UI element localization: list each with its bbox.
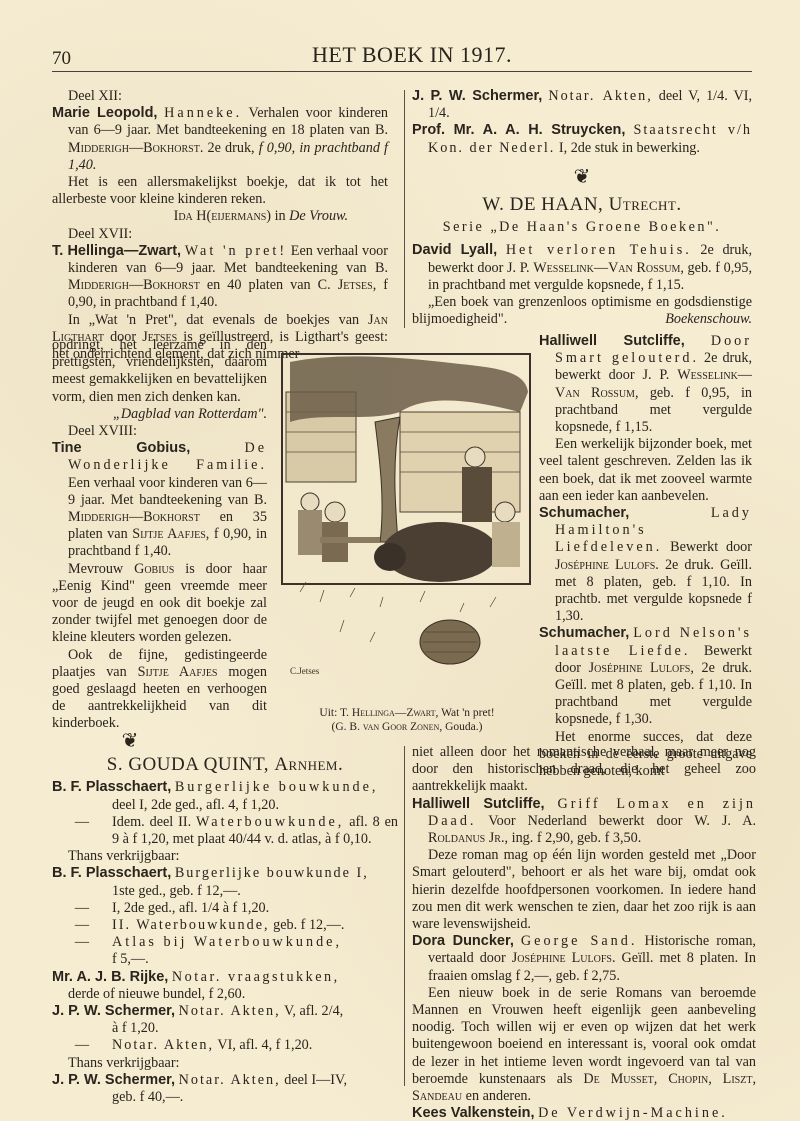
book-title: Notar. vraagstukken,: [172, 969, 340, 985]
review-source: Ida H(eijermans) in De Vrouw.: [52, 208, 388, 225]
review-text: Mevrouw Gobius is door haar „Eenig Kind"…: [52, 561, 267, 647]
deel-heading: Deel XVIII:: [52, 423, 267, 440]
book-entry-leopold: Marie Leopold, Hanneke. Verhalen voor ki…: [52, 105, 388, 174]
right-column-bottom: niet alleen door het romantische verhaal…: [412, 744, 756, 1121]
book-entry-rijke: Mr. A. J. B. Rijke, Notar. vraagstukken,…: [52, 969, 398, 1003]
book-title: Burgerlijke bouwkunde I,: [175, 865, 369, 881]
translator-name: Joséphine Lulofs: [589, 660, 691, 676]
publisher-name: W. DE HAAN,: [482, 194, 608, 215]
entry-text: geb. f 40,—.: [52, 1089, 398, 1106]
book-title: Wat 'n pret!: [185, 243, 287, 259]
grape-ornament-icon: ❦: [0, 733, 398, 750]
entry-text: à f 1,20.: [52, 1020, 398, 1037]
author-name: Schumacher,: [539, 505, 629, 521]
book-entry-schumacher-2: Schumacher, Lord Nelson's laatste Liefde…: [539, 625, 752, 728]
author-name: B. F. Plasschaert,: [52, 865, 171, 881]
translator-name: Roldanus Jr.: [428, 830, 505, 846]
review-text: „Een boek van grenzenloos optimisme en g…: [412, 294, 752, 328]
book-entry-struycken: Prof. Mr. A. A. H. Struycken, Staatsrech…: [412, 122, 752, 156]
author-name: J. P. W. Schermer,: [52, 1003, 175, 1019]
book-entry-subitem: — I, 2de ged., afl. 1/4 à f 1,20.: [52, 900, 398, 917]
caption-author: Hellinga—Zwart: [352, 707, 436, 719]
dash: —: [52, 900, 112, 917]
book-title: Waterbouwkunde,: [196, 814, 344, 830]
caption-publisher: van Goor Zonen: [363, 721, 440, 733]
publisher-heading: W. DE HAAN, Utrecht.: [412, 196, 752, 213]
entry-text: en 40 platen van C.: [200, 277, 338, 293]
entry-text: Een verhaal voor kinderen van 6—9 jaar. …: [68, 475, 267, 508]
column-divider-bottom: [404, 746, 405, 1086]
entry-text: derde of nieuwe bundel, f 2,60.: [68, 986, 245, 1002]
deel-heading: Deel XVII:: [52, 226, 388, 243]
dash: —: [52, 934, 112, 968]
entry-fragment: f 5,—.: [112, 951, 149, 967]
illustrator-name: Midderigh—Bokhorst: [68, 509, 200, 525]
grape-ornament-icon: ❦: [412, 169, 752, 186]
entry-text: I, 2de stuk in bewerking.: [555, 140, 700, 156]
reviewer-name: Ida H(eijermans): [174, 208, 271, 224]
book-title: Atlas bij Waterbouwkunde,: [112, 934, 342, 950]
author-name: Schumacher,: [539, 625, 629, 641]
illustrator-name: Midderigh—Bokhorst: [68, 277, 200, 293]
entry-fragment: Idem. deel II.: [112, 814, 196, 830]
series-title: Serie „De Haan's Groene Boeken".: [412, 219, 752, 236]
book-entry-schermer-3: J. P. W. Schermer, Notar. Akten, deel V,…: [412, 88, 752, 122]
entry-text: 1ste ged., geb. f 12,—.: [52, 883, 398, 900]
caption-line-2: (G. B. van Goor Zonen, Gouda.): [272, 720, 542, 734]
author-name: Mr. A. J. B. Rijke,: [52, 969, 168, 985]
entry-fragment: VI, afl. 4, f 1,20.: [214, 1037, 312, 1053]
book-title: Notar. Akten,: [179, 1003, 281, 1019]
book-entry-gobius: Tine Gobius, De Wonderlijke Familie. Een…: [52, 440, 267, 560]
review-fragment: en anderen.: [462, 1088, 531, 1104]
illustrator-name: Midderigh—Bokhorst: [68, 140, 200, 156]
review-source-connector: in: [271, 208, 289, 224]
book-title: Notar. Akten,: [179, 1072, 281, 1088]
publisher-city: Utrecht.: [609, 194, 682, 215]
author-name: J. P. W. Schermer,: [52, 1072, 175, 1088]
right-column-middle: Halliwell Sutcliffe, Door Smart gelouter…: [539, 350, 752, 780]
page-header: 70 HET BOEK IN 1917.: [52, 42, 752, 72]
author-name: Halliwell Sutcliffe,: [539, 333, 685, 349]
book-entry-subitem: — Notar. Akten, VI, afl. 4, f 1,20.: [52, 1037, 398, 1054]
publisher-city: Arnhem.: [274, 754, 343, 775]
book-entry-schermer-2: J. P. W. Schermer, Notar. Akten, deel I—…: [52, 1072, 398, 1089]
book-title: Notar. Akten,: [112, 1037, 214, 1053]
book-entry-sutcliffe-2: Halliwell Sutcliffe, Griff Lomax en zijn…: [412, 796, 756, 848]
translator-name: Joséphine Lulofs: [555, 557, 655, 573]
translator-name: Wesselink—Van Rossum: [533, 260, 680, 276]
entry-fragment: V, afl. 2/4,: [281, 1003, 344, 1019]
entry-text: Voor Nederland bewerkt door W. J. A.: [476, 813, 756, 829]
book-entry-plasschaert-1: B. F. Plasschaert, Burgerlijke bouwkunde…: [52, 779, 398, 796]
book-entry-lyall: David Lyall, Het verloren Tehuis. 2e dru…: [412, 242, 752, 294]
book-entry-plasschaert-2: B. F. Plasschaert, Burgerlijke bouwkunde…: [52, 865, 398, 882]
book-entry-duncker: Dora Duncker, George Sand. Historische r…: [412, 933, 756, 985]
book-entry-subitem: — Idem. deel II. Waterbouwkunde, afl. 8 …: [52, 814, 398, 848]
author-name: Marie Leopold,: [52, 105, 157, 121]
author-name: Dora Duncker,: [412, 933, 514, 949]
review-text: niet alleen door het romantische verhaal…: [412, 744, 756, 796]
author-name: Halliwell Sutcliffe,: [412, 796, 545, 812]
entry-text: Bewerkt door: [662, 539, 752, 555]
dash: —: [52, 1037, 112, 1054]
caption-line-1: Uit: T. Hellinga—Zwart, Wat 'n pret!: [272, 706, 542, 720]
caption-fragment: (G. B.: [332, 721, 363, 733]
book-title: De Verdwijn-Machine.: [538, 1105, 728, 1121]
review-fragment: In „Wat 'n Pret", dat evenals de boekjes…: [68, 312, 368, 328]
illustrator-name: Jetses: [338, 277, 373, 293]
page-number: 70: [52, 48, 71, 70]
engraving-illustration: C.Jetses: [280, 352, 532, 687]
review-text: Deze roman mag op één lijn worden gestel…: [412, 847, 756, 933]
running-title: HET BOEK IN 1917.: [312, 42, 512, 68]
review-text: opdringt, het leerzame in den prettigste…: [52, 337, 267, 406]
illustrator-name: Sijtje Aafjes: [132, 526, 206, 542]
review-text: Een nieuw boek in de serie Romans van be…: [412, 985, 756, 1105]
book-entry-valkenstein: Kees Valkenstein, De Verdwijn-Machine.: [412, 1105, 756, 1121]
review-source: Boekenschouw.: [649, 311, 752, 328]
book-title: Hanneke.: [164, 105, 242, 121]
entry-text: I, 2de ged., afl. 1/4 à f 1,20.: [112, 900, 398, 917]
review-text: Ook de fijne, gedistingeerde plaatjes va…: [52, 647, 267, 733]
entry-text: deel I, 2de ged., afl. 4, f 1,20.: [52, 797, 398, 814]
entry-fragment: deel I—IV,: [281, 1072, 347, 1088]
caption-fragment: , Gouda.): [439, 721, 482, 733]
book-title: Notar. Akten,: [548, 88, 652, 104]
available-label: Thans verkrijgbaar:: [52, 848, 398, 865]
entry-text: , ing. f 2,90, geb. f 3,50.: [505, 830, 642, 846]
person-name: Sijtje Aafjes: [138, 664, 218, 680]
review-text: Het is een allersmakelijkst boekje, dat …: [52, 174, 388, 208]
book-title: Burgerlijke bouwkunde,: [175, 779, 379, 795]
dash: —: [52, 917, 112, 934]
entry-text: Notar. Akten, VI, afl. 4, f 1,20.: [112, 1037, 398, 1054]
review-source: „Dagblad van Rotterdam".: [52, 406, 267, 423]
translator-name: Joséphine Lulofs: [512, 950, 612, 966]
book-entry-hellinga: T. Hellinga—Zwart, Wat 'n pret! Een verh…: [52, 243, 388, 312]
review-text: Een werkelijk bijzonder boek, met veel t…: [539, 436, 752, 505]
entry-text: . 2e druk,: [200, 140, 259, 156]
caption-fragment: Uit: T.: [319, 707, 351, 719]
publication-name: De Vrouw.: [289, 208, 348, 224]
deel-heading: Deel XII:: [52, 88, 388, 105]
entry-text: Idem. deel II. Waterbouwkunde, afl. 8 en…: [112, 814, 398, 848]
author-name: Tine Gobius,: [52, 440, 190, 456]
available-label: Thans verkrijgbaar:: [52, 1055, 398, 1072]
book-entry-subitem: — II. Waterbouwkunde, geb. f 12,—.: [52, 917, 398, 934]
author-name: Kees Valkenstein,: [412, 1105, 535, 1121]
illustration-pig-chase: C.Jetses: [280, 352, 532, 687]
column-divider-top: [404, 90, 405, 328]
author-name: J. P. W. Schermer,: [412, 88, 542, 104]
caption-fragment: , Wat 'n pret!: [436, 707, 495, 719]
book-title: Het verloren Tehuis.: [506, 242, 692, 258]
right-column-top: J. P. W. Schermer, Notar. Akten, deel V,…: [412, 88, 752, 328]
left-column-bottom: ❦ S. GOUDA QUINT, Arnhem. B. F. Plasscha…: [52, 733, 398, 1106]
artist-signature: C.Jetses: [290, 666, 320, 676]
author-name: T. Hellinga—Zwart,: [52, 243, 181, 259]
review-fragment: Mevrouw: [68, 561, 134, 577]
illustration-caption: Uit: T. Hellinga—Zwart, Wat 'n pret! (G.…: [272, 706, 542, 734]
entry-text: Atlas bij Waterbouwkunde, f 5,—.: [112, 934, 398, 968]
book-entry-sutcliffe-1: Halliwell Sutcliffe, Door Smart gelouter…: [539, 333, 752, 436]
book-entry-schermer-1: J. P. W. Schermer, Notar. Akten, V, afl.…: [52, 1003, 398, 1020]
dash: —: [52, 814, 112, 848]
book-entry-schumacher-1: Schumacher, Lady Hamilton's Liefdeleven.…: [539, 505, 752, 625]
header-rule: [52, 71, 752, 72]
publisher-heading: S. GOUDA QUINT, Arnhem.: [52, 756, 398, 773]
publisher-name: S. GOUDA QUINT,: [107, 754, 275, 775]
entry-fragment: geb. f 12,—.: [270, 917, 345, 933]
book-entry-subitem: — Atlas bij Waterbouwkunde, f 5,—.: [52, 934, 398, 968]
author-name: B. F. Plasschaert,: [52, 779, 171, 795]
book-title: II. Waterbouwkunde,: [112, 917, 270, 933]
book-title: George Sand.: [521, 933, 638, 949]
left-column-middle: opdringt, het leerzame in den prettigste…: [52, 337, 267, 733]
author-name: David Lyall,: [412, 242, 497, 258]
entry-text: II. Waterbouwkunde, geb. f 12,—.: [112, 917, 398, 934]
author-name: Prof. Mr. A. A. H. Struycken,: [412, 122, 625, 138]
left-column-top: Deel XII: Marie Leopold, Hanneke. Verhal…: [52, 88, 388, 363]
person-name: Gobius: [134, 561, 174, 577]
